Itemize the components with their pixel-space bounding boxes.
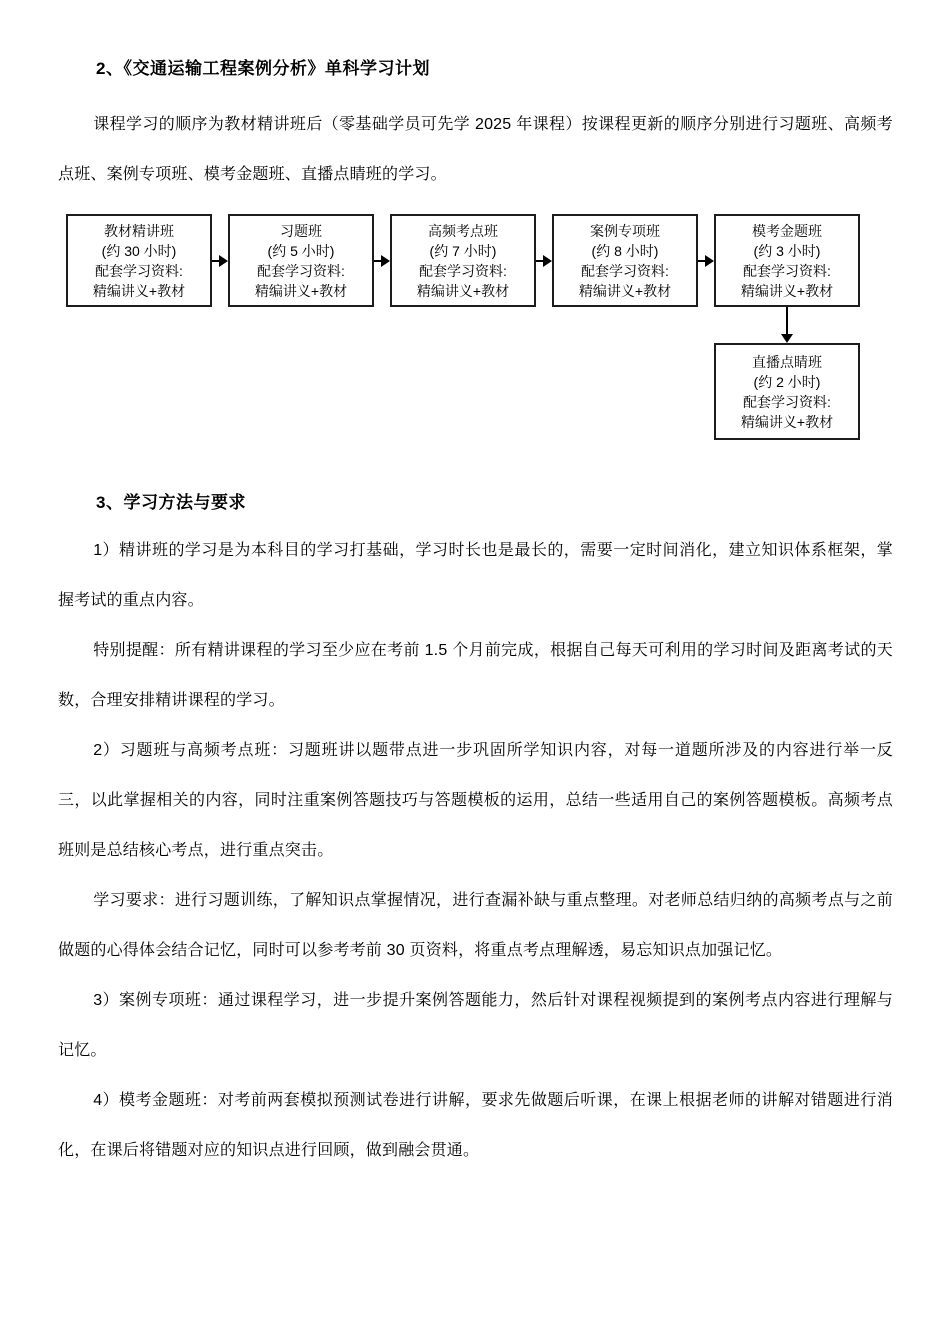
flow-box-materials: 精编讲义+教材 (741, 281, 833, 301)
flow-box-duration: (约 3 小时) (754, 241, 821, 261)
flow-box-title: 高频考点班 (428, 221, 498, 241)
flow-box-materials-label: 配套学习资料: (95, 261, 183, 281)
flow-box-title: 直播点睛班 (752, 352, 822, 372)
right-arrow-icon (698, 254, 714, 268)
paragraph-tebie-tixing: 特别提醒：所有精讲课程的学习至少应在考前 1.5 个月前完成，根据自己每天可利用… (58, 626, 893, 726)
flow-box-jiaocai-jingjiang: 教材精讲班 (约 30 小时) 配套学习资料: 精编讲义+教材 (66, 214, 212, 307)
paragraph-mokao-jinti: 4）模考金题班：对考前两套模拟预测试卷进行讲解，要求先做题后听课，在课上根据老师… (58, 1076, 893, 1176)
section3-heading: 3、学习方法与要求 (58, 490, 893, 516)
course-flowchart: 教材精讲班 (约 30 小时) 配套学习资料: 精编讲义+教材 习题班 (约 5… (66, 214, 860, 440)
paragraph-jingjiang: 1）精讲班的学习是为本科目的学习打基础，学习时长也是最长的，需要一定时间消化，建… (58, 526, 893, 626)
section2-intro-paragraph: 课程学习的顺序为教材精讲班后（零基础学员可先学 2025 年课程）按课程更新的顺… (58, 100, 893, 200)
flow-box-duration: (约 2 小时) (754, 372, 821, 392)
section2-heading: 2、《交通运输工程案例分析》单科学习计划 (58, 56, 893, 82)
flow-box-materials: 精编讲义+教材 (579, 281, 671, 301)
right-arrow-icon (536, 254, 552, 268)
section3-body: 1）精讲班的学习是为本科目的学习打基础，学习时长也是最长的，需要一定时间消化，建… (58, 526, 893, 1176)
flow-box-materials-label: 配套学习资料: (419, 261, 507, 281)
paragraph-xuexi-yaoqiu: 学习要求：进行习题训练，了解知识点掌握情况，进行查漏补缺与重点整理。对老师总结归… (58, 876, 893, 976)
flow-box-materials-label: 配套学习资料: (581, 261, 669, 281)
document-page: 2、《交通运输工程案例分析》单科学习计划 课程学习的顺序为教材精讲班后（零基础学… (0, 0, 950, 1344)
flow-box-materials-label: 配套学习资料: (743, 392, 831, 412)
flow-box-materials: 精编讲义+教材 (417, 281, 509, 301)
right-arrow-icon (374, 254, 390, 268)
paragraph-xiti-gaopin: 2）习题班与高频考点班：习题班讲以题带点进一步巩固所学知识内容，对每一道题所涉及… (58, 726, 893, 876)
down-arrow-icon (714, 307, 860, 343)
flow-box-title: 案例专项班 (590, 221, 660, 241)
flow-box-title: 模考金题班 (752, 221, 822, 241)
flow-box-materials-label: 配套学习资料: (257, 261, 345, 281)
flow-box-materials: 精编讲义+教材 (255, 281, 347, 301)
flow-box-xiti: 习题班 (约 5 小时) 配套学习资料: 精编讲义+教材 (228, 214, 374, 307)
flow-box-title: 教材精讲班 (104, 221, 174, 241)
flow-box-duration: (约 8 小时) (592, 241, 659, 261)
flow-box-duration: (约 5 小时) (268, 241, 335, 261)
flow-box-title: 习题班 (280, 221, 322, 241)
right-arrow-icon (212, 254, 228, 268)
flow-box-materials: 精编讲义+教材 (741, 412, 833, 432)
flow-box-duration: (约 7 小时) (430, 241, 497, 261)
flow-box-gaopin-kaodian: 高频考点班 (约 7 小时) 配套学习资料: 精编讲义+教材 (390, 214, 536, 307)
flow-box-mokao-jinti: 模考金题班 (约 3 小时) 配套学习资料: 精编讲义+教材 (714, 214, 860, 307)
flow-box-materials-label: 配套学习资料: (743, 261, 831, 281)
flow-box-anli-zhuanxiang: 案例专项班 (约 8 小时) 配套学习资料: 精编讲义+教材 (552, 214, 698, 307)
flow-box-duration: (约 30 小时) (102, 241, 177, 261)
flow-box-materials: 精编讲义+教材 (93, 281, 185, 301)
paragraph-anli-zhuanxiang: 3）案例专项班：通过课程学习，进一步提升案例答题能力，然后针对课程视频提到的案例… (58, 976, 893, 1076)
flow-box-zhibo-dianjing: 直播点睛班 (约 2 小时) 配套学习资料: 精编讲义+教材 (714, 343, 860, 440)
